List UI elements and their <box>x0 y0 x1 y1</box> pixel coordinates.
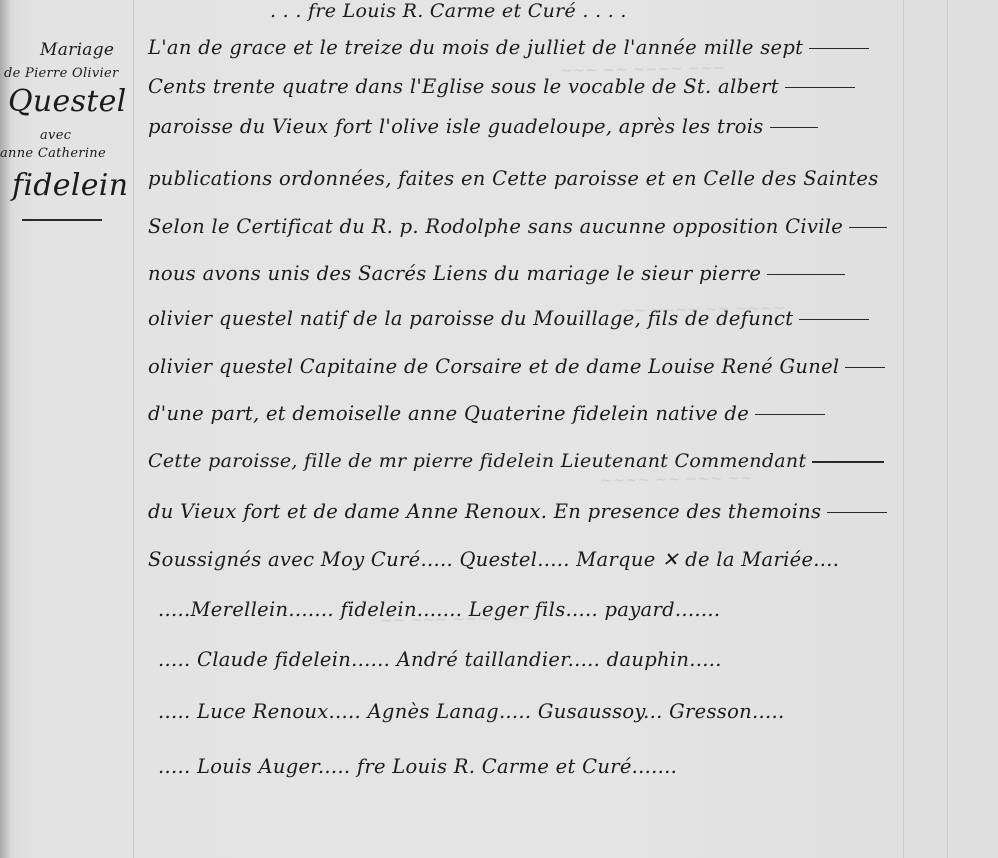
line-filler-dash <box>799 319 869 321</box>
body-line-text: Cents trente quatre dans l'Eglise sous l… <box>148 75 779 98</box>
line-filler-dash <box>785 87 855 89</box>
body-line-6: nous avons unis des Sacrés Liens du mari… <box>148 262 845 285</box>
body-line-1: L'an de grace et le treize du mois de ju… <box>148 36 869 59</box>
body-line-2: Cents trente quatre dans l'Eglise sous l… <box>148 75 855 98</box>
signature-line-3: ..... Luce Renoux..... Agnès Lanag..... … <box>158 700 784 723</box>
body-line-11: du Vieux fort et de dame Anne Renoux. En… <box>148 500 887 523</box>
signature-line-2: ..... Claude fidelein...... André tailla… <box>158 648 722 671</box>
body-line-12: Soussignés avec Moy Curé..... Questel...… <box>148 548 839 571</box>
body-line-9: d'une part, et demoiselle anne Quaterine… <box>148 402 825 425</box>
binding-shadow <box>0 0 10 858</box>
body-line-3: paroisse du Vieux fort l'olive isle guad… <box>148 115 818 138</box>
margin-rule <box>133 0 134 858</box>
body-line-text: nous avons unis des Sacrés Liens du mari… <box>148 262 761 285</box>
signature-line-4: ..... Louis Auger..... fre Louis R. Carm… <box>158 755 677 778</box>
body-line-4: publications ordonnées, faites en Cette … <box>148 167 879 190</box>
margin-note-bride-given-names: anne Catherine <box>0 146 106 161</box>
body-line-text: L'an de grace et le treize du mois de ju… <box>148 36 803 59</box>
body-line-text: publications ordonnées, faites en Cette … <box>148 167 879 190</box>
body-line-8: olivier questel Capitaine de Corsaire et… <box>148 355 885 378</box>
ruled-line-right-2 <box>947 0 948 858</box>
line-filler-dash <box>770 127 818 129</box>
ruled-line-right-1 <box>903 0 904 858</box>
margin-note-bride-surname: fidelein <box>12 168 128 203</box>
margin-underline <box>22 219 102 221</box>
margin-note-groom-surname: Questel <box>8 84 127 119</box>
body-line-text: Soussignés avec Moy Curé..... Questel...… <box>148 548 839 571</box>
body-line-text: Selon le Certificat du R. p. Rodolphe sa… <box>148 215 843 238</box>
body-line-text: Cette paroisse, fille de mr pierre fidel… <box>148 450 806 472</box>
body-line-text: olivier questel Capitaine de Corsaire et… <box>148 355 839 378</box>
line-filler-dash <box>812 461 884 463</box>
signature-line-1: .....Merellein....... fidelein....... Le… <box>158 598 720 621</box>
margin-note-avec: avec <box>40 128 71 143</box>
body-line-7: olivier questel natif de la paroisse du … <box>148 307 869 330</box>
body-line-text: d'une part, et demoiselle anne Quaterine… <box>148 402 749 425</box>
body-line-text: olivier questel natif de la paroisse du … <box>148 307 793 330</box>
line-filler-dash <box>755 414 825 416</box>
manuscript-page: ~~~ ~~ ~~~~ ~~~ ~~ ~~~~ ~~ ~~~~ ~~~~ ~~ … <box>0 0 998 858</box>
body-line-10: Cette paroisse, fille de mr pierre fidel… <box>148 450 884 472</box>
margin-note-title: Mariage <box>40 40 114 60</box>
line-filler-dash <box>845 367 885 369</box>
line-filler-dash <box>809 48 869 50</box>
line-filler-dash <box>767 274 845 276</box>
body-line-text: paroisse du Vieux fort l'olive isle guad… <box>148 115 764 138</box>
header-signature-line: . . . fre Louis R. Carme et Curé . . . . <box>270 0 627 22</box>
margin-note-groom-given-names: de Pierre Olivier <box>4 66 118 81</box>
line-filler-dash <box>849 227 887 229</box>
body-line-5: Selon le Certificat du R. p. Rodolphe sa… <box>148 215 887 238</box>
body-line-text: du Vieux fort et de dame Anne Renoux. En… <box>148 500 821 523</box>
line-filler-dash <box>827 512 887 514</box>
